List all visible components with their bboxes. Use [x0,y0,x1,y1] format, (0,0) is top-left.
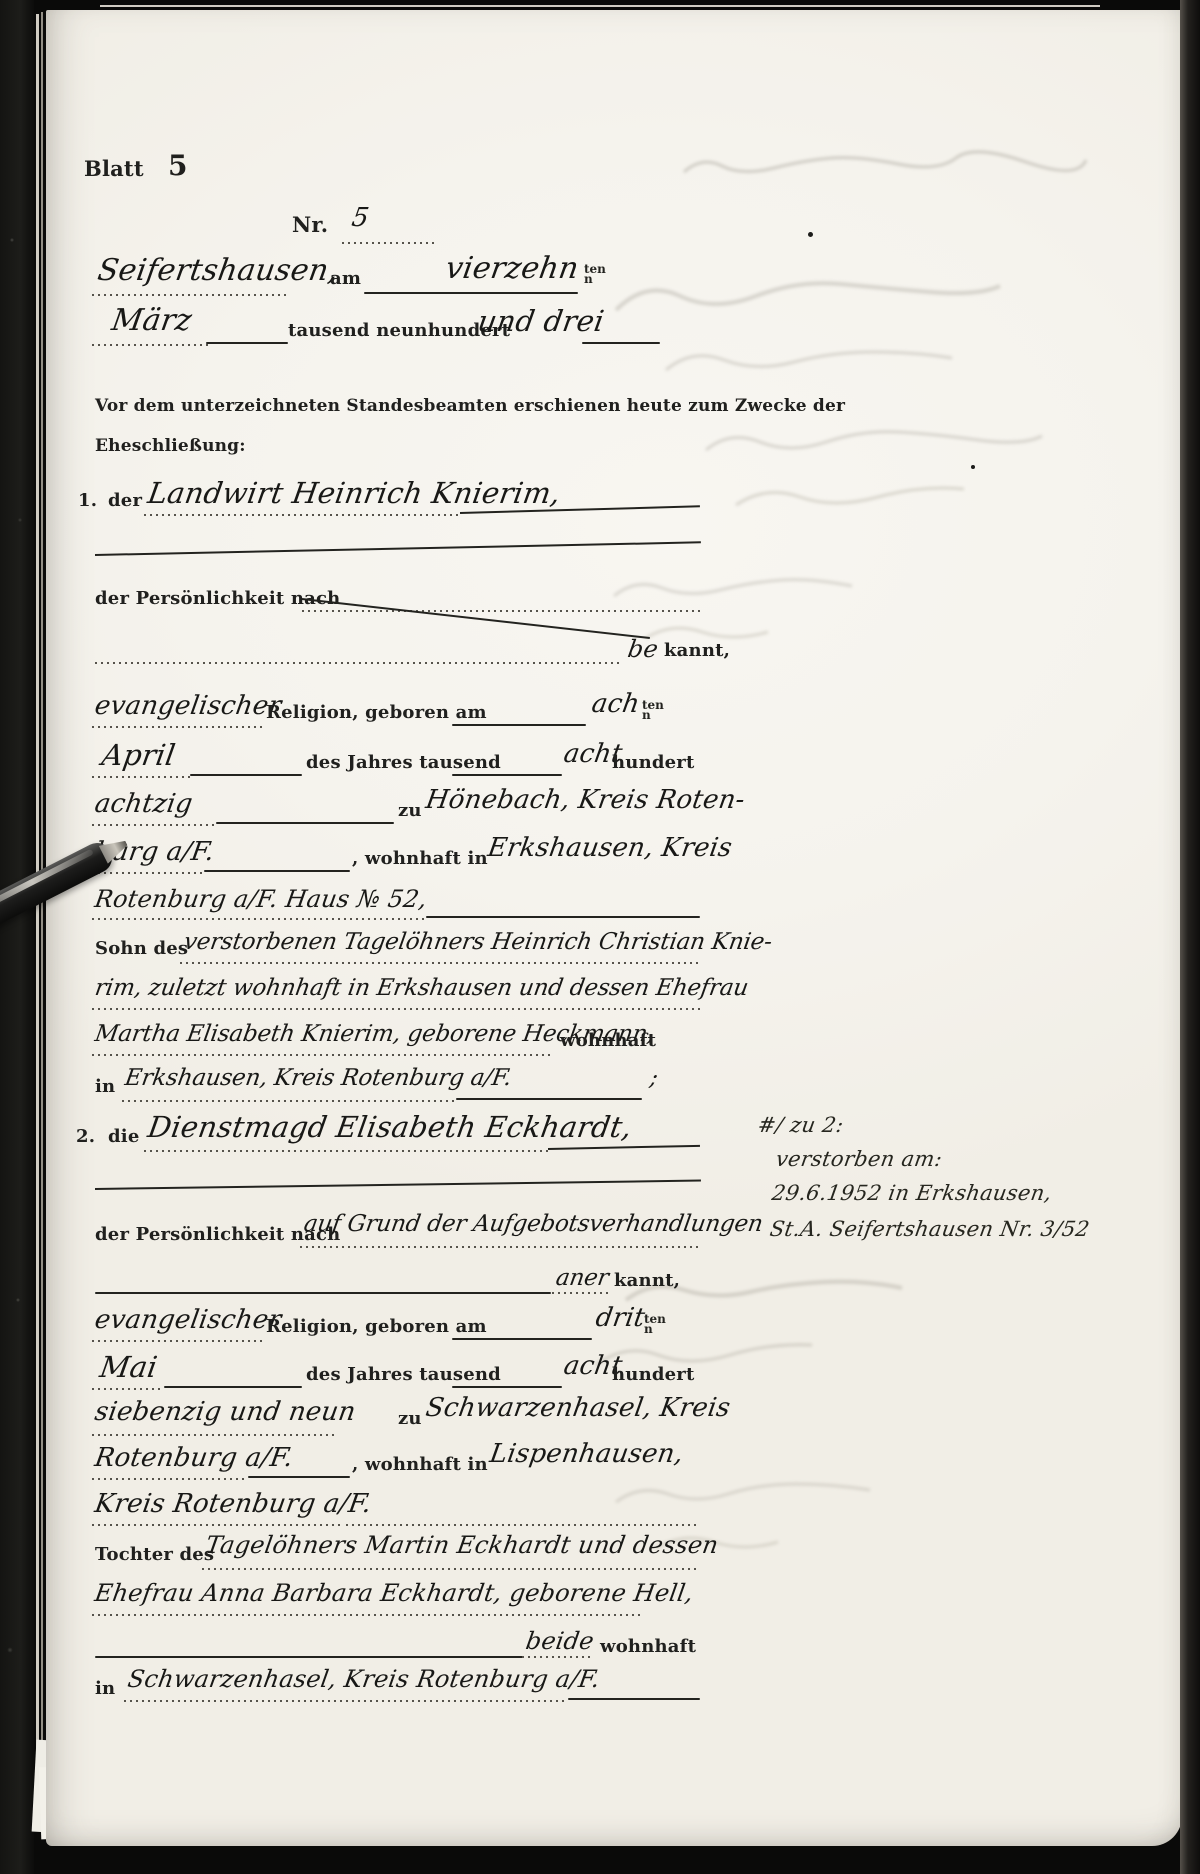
fill-rule [95,1656,523,1658]
dotted-rule [92,1054,554,1056]
fill-rule [190,774,302,776]
dotted-rule [92,1434,338,1436]
groom-sohn-label: Sohn des [95,938,188,961]
dotted-rule [92,294,288,296]
margin-note-ref: #/ zu 2: [756,1114,845,1137]
fill-rule [206,342,288,344]
groom-parents-line-1: verstorbenen Tagelöhners Heinrich Christ… [182,930,774,955]
fill-rule [426,916,700,918]
bride-wohnhaft-label: , wohnhaft in [352,1454,488,1477]
groom-name-entry: Landwirt Heinrich Knierim, [145,478,562,510]
fill-rule [568,1698,700,1700]
bride-residence-entry: Lispenhausen, [488,1440,686,1469]
margin-note-line3: 29.6.1952 in Erkshausen, [770,1182,1053,1205]
bride-parents-line-1: Tagelöhners Martin Eckhardt und dessen [204,1532,720,1558]
dotted-rule [202,1568,700,1570]
bride-beide-entry: beide [524,1628,596,1654]
groom-year-decade-entry: achtzig [93,790,195,819]
fill-rule [364,292,578,294]
groom-residence-cont: Rotenburg a/F. Haus № 52, [93,886,429,912]
bride-anerkannt-hand: aner [554,1266,610,1291]
document-scan: { "page": { "blatt_label": "Blatt", "bla… [0,0,1200,1874]
groom-year-label: des Jahres tausend [306,752,501,775]
bride-parents-residence: Schwarzenhasel, Kreis Rotenburg a/F. [126,1666,602,1692]
blatt-number: 5 [168,148,188,183]
bride-religion-printed: Religion, geboren am [266,1316,487,1339]
intro-line-1: Vor dem unterzeichneten Standesbeamten e… [95,396,845,417]
groom-parents-line-2: rim, zuletzt wohnhaft in Erkshausen und … [93,976,750,1001]
blank-fill-rule [95,541,701,556]
bleed-through-ink [696,410,1156,530]
bride-identity-entry: auf Grund der Aufgebotsverhandlungen [302,1212,765,1237]
fill-rule [204,870,350,872]
blatt-label: Blatt [84,156,144,182]
dotted-rule [144,514,462,516]
dotted-rule [95,662,623,664]
fill-rule [582,342,660,344]
stacked-sheet-edge [36,14,39,1824]
bride-birth-place-cont: Rotenburg a/F. [93,1444,295,1473]
dotted-rule [92,1478,246,1480]
dotted-rule [122,1100,454,1102]
month-entry: März [109,304,194,337]
day-entry: vierzehn [443,252,581,285]
place-entry: Seifertshausen, [95,254,340,287]
dotted-rule [92,918,426,920]
bride-index: 2. [76,1126,95,1149]
fill-rule [216,822,394,824]
stacked-sheet-edge [100,5,1100,7]
dotted-rule [92,1008,700,1010]
groom-bekannt-hand: be [626,636,660,662]
bride-tochter-label: Tochter des [95,1544,214,1567]
ink-speck [971,465,975,469]
fill-rule [548,1145,700,1150]
groom-index: 1. [78,490,97,513]
bride-name-entry: Dienstmagd Elisabeth Eckhardt, [145,1112,634,1144]
ordinal-suffix: tenn [584,264,606,284]
bride-anerkannt-printed: kannt, [614,1270,680,1293]
registry-page: Blatt 5 Nr. 5 Seifertshausen, am vierzeh… [46,10,1182,1846]
groom-in-label: in [95,1076,115,1099]
bride-birth-day-entry: drit [594,1304,647,1333]
groom-hundert-printed: hundert [612,752,695,775]
groom-parents-residence: Erkshausen, Kreis Rotenburg a/F. [123,1066,513,1091]
fill-rule [164,1386,302,1388]
bride-hundert-printed: hundert [612,1364,695,1387]
dotted-rule [92,824,216,826]
dotted-rule [552,1292,612,1294]
blank-fill-rule [95,1180,701,1190]
dotted-rule [92,776,190,778]
groom-birth-place-entry: Hönebach, Kreis Roten- [424,786,747,815]
dotted-rule [92,1614,640,1616]
bride-year-decade-entry: siebenzig und neun [93,1398,358,1427]
dotted-rule [144,1150,548,1152]
fill-rule [452,1386,562,1388]
bride-birth-month-entry: Mai [97,1352,159,1384]
dotted-rule [522,1656,590,1658]
am-label: am [330,268,361,291]
book-right-edge [1180,0,1200,1874]
dotted-rule [342,242,438,244]
groom-wohnhaft-label: , wohnhaft in [352,848,488,871]
bride-zu-label: zu [398,1408,422,1431]
groom-religion-printed: Religion, geboren am [266,702,487,725]
record-number-label: Nr. [292,212,328,238]
ink-stroke [302,598,650,639]
dotted-rule [124,1700,568,1702]
stacked-sheet-edge [41,12,43,1832]
fill-rule [452,774,562,776]
bleed-through-ink [606,558,986,658]
groom-bekannt-printed: kannt, [664,640,730,663]
bride-residence-cont: Kreis Rotenburg a/F. [93,1490,374,1519]
bride-birth-place-entry: Schwarzenhasel, Kreis [424,1394,733,1423]
fill-rule [95,1292,551,1294]
fill-rule [456,1098,642,1100]
dotted-rule [92,344,210,346]
dotted-rule [92,1340,262,1342]
bleed-through-ink [606,260,1086,400]
fill-rule [452,724,586,726]
groom-end-punct: ; [648,1066,660,1091]
book-binding-edge [0,0,34,1874]
dotted-rule [92,1524,344,1526]
record-number-value: 5 [350,204,371,233]
bride-in-label: in [95,1678,115,1701]
intro-line-2: Eheschließung: [95,436,246,457]
groom-religion-entry: evangelischer [93,692,284,721]
dotted-rule [300,1246,700,1248]
ink-speck [808,232,813,237]
margin-note-line2: verstorben am: [774,1148,944,1171]
groom-residence-entry: Erkshausen, Kreis [486,834,734,863]
bleed-through-ink [676,130,1146,200]
groom-birth-day-entry: ach [590,690,642,719]
dotted-rule [180,962,700,964]
dotted-rule [302,610,700,612]
dotted-rule [346,1524,700,1526]
fill-rule [452,1338,592,1340]
bride-wohnhaft2-label: wohnhaft [600,1636,696,1659]
bride-religion-entry: evangelischer [93,1306,284,1335]
groom-article: der [108,490,142,513]
bride-parents-line-2: Ehefrau Anna Barbara Eckhardt, geborene … [93,1580,695,1606]
fill-rule [248,1476,350,1478]
bride-article: die [108,1126,139,1149]
bride-year-label: des Jahres tausend [306,1364,501,1387]
dotted-rule [92,726,262,728]
dotted-rule [92,1388,164,1390]
ordinal-suffix: tenn [642,700,664,720]
ordinal-suffix: tenn [644,1314,666,1334]
margin-note-line4: St.A. Seifertshausen Nr. 3/52 [768,1218,1091,1241]
groom-zu-label: zu [398,800,422,823]
groom-birth-month-entry: April [99,740,177,772]
year-entry: und drei [475,306,606,338]
groom-wohnhaft2-label: wohnhaft [560,1030,656,1053]
